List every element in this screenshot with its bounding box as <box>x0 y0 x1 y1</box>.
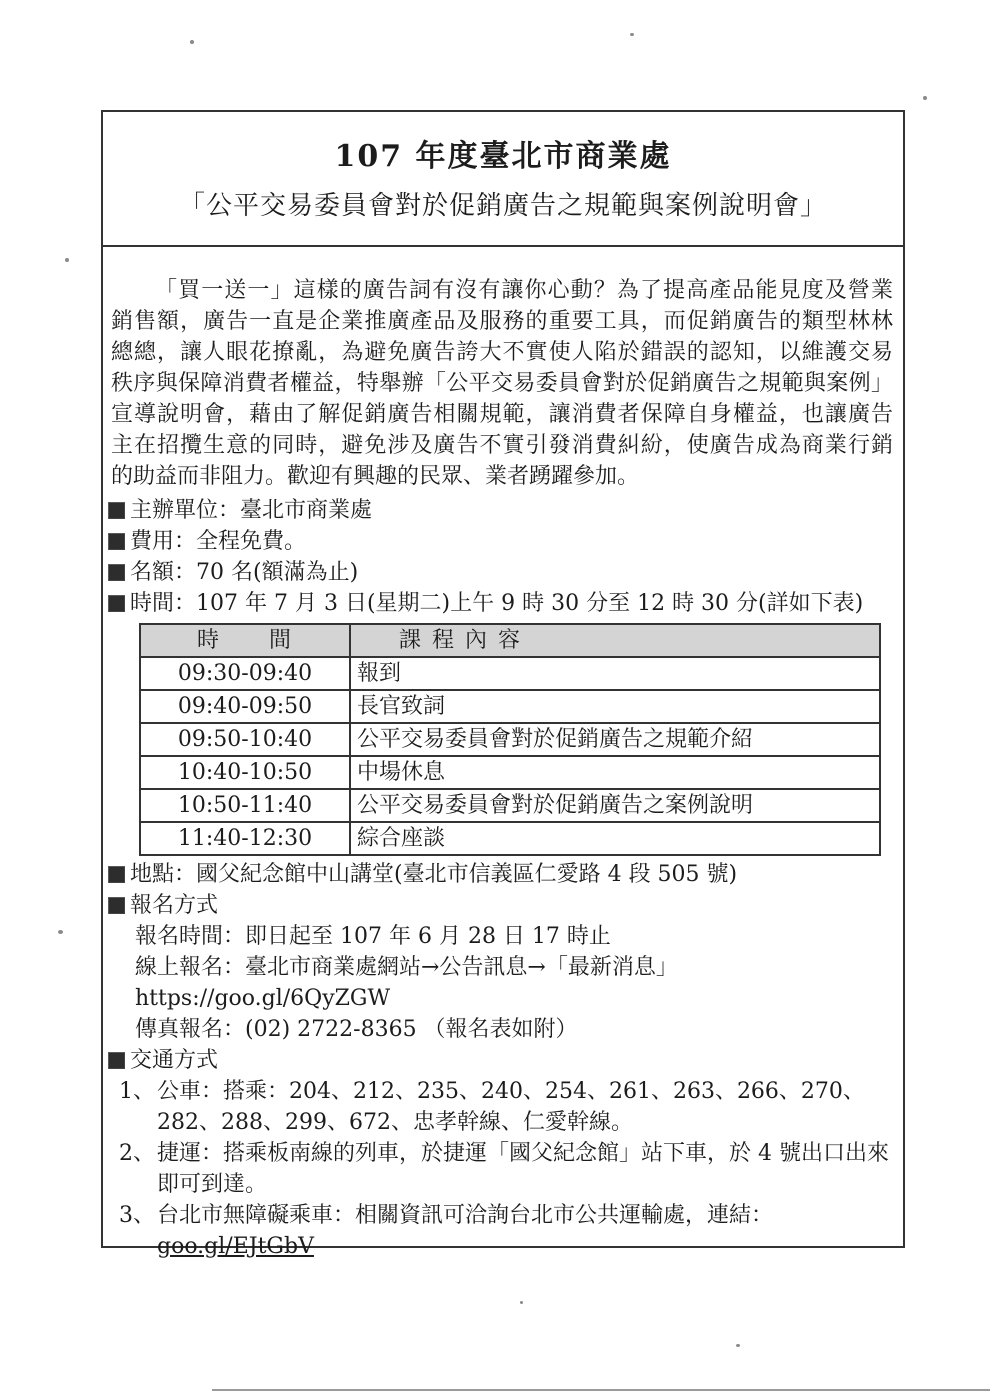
registration-fax: 傳真報名：(02) 2722-8365 （報名表如附） <box>135 1014 895 1045</box>
transportation-heading: 交通方式 <box>107 1045 895 1076</box>
registration-deadline: 報名時間：即日起至 107 年 6 月 28 日 17 時止 <box>135 921 895 952</box>
info-item-text: 費用：全程免費。 <box>130 526 895 557</box>
intro-line: 宣導說明會，藉由了解促銷廣告相關規範，讓消費者保障自身權益，也讓廣告 <box>111 399 893 430</box>
table-row: 10:40-10:50 中場休息 <box>140 756 880 789</box>
accessible-info-link[interactable]: goo.gl/EJtGbV <box>157 1234 314 1259</box>
table-row: 09:30-09:40 報到 <box>140 657 880 690</box>
registration-heading-text: 報名方式 <box>130 890 895 921</box>
registration-url: https://goo.gl/6QyZGW <box>135 983 895 1014</box>
bullet-square-icon <box>108 866 125 883</box>
schedule-content: 綜合座談 <box>350 822 880 855</box>
schedule-table: 時 間 課 程 內 容 09:30-09:40 報到 09:40-09:50 長… <box>139 623 881 856</box>
intro-line: 主在招攬生意的同時，避免涉及廣告不實引發消費糾紛，使廣告成為商業行銷 <box>111 430 893 461</box>
info-item-text: 名額：70 名(額滿為止) <box>130 557 895 588</box>
intro-line: 秩序與保障消費者權益，特舉辦「公平交易委員會對於促銷廣告之規範與案例」 <box>111 368 893 399</box>
transport-item-text: 台北市無障礙乘車：相關資訊可洽詢台北市公共運輸處，連結： goo.gl/EJtG… <box>157 1200 895 1262</box>
transport-item-text: 公車：搭乘：204、212、235、240、254、261、263、266、27… <box>157 1076 895 1138</box>
schedule-header-time: 時 間 <box>140 624 350 657</box>
schedule-header-row: 時 間 課 程 內 容 <box>140 624 880 657</box>
table-row: 09:50-10:40 公平交易委員會對於促銷廣告之規範介紹 <box>140 723 880 756</box>
scan-artifact-line <box>212 1389 990 1391</box>
scan-speck <box>736 1344 740 1347</box>
table-row: 10:50-11:40 公平交易委員會對於促銷廣告之案例說明 <box>140 789 880 822</box>
schedule-content: 報到 <box>350 657 880 690</box>
scan-speck <box>58 930 63 934</box>
transport-item-mrt: 2、 捷運：搭乘板南線的列車，於捷運「國父紀念館」站下車，於 4 號出口出來即可… <box>119 1138 895 1200</box>
location-item: 地點：國父紀念館中山講堂(臺北市信義區仁愛路 4 段 505 號) <box>107 859 895 890</box>
schedule-content: 公平交易委員會對於促銷廣告之案例說明 <box>350 789 880 822</box>
bullet-square-icon <box>108 502 125 519</box>
doc-title: 107 年度臺北市商業處 <box>103 138 903 176</box>
schedule-time: 11:40-12:30 <box>140 822 350 855</box>
info-item-time: 時間：107 年 7 月 3 日(星期二)上午 9 時 30 分至 12 時 3… <box>107 588 895 619</box>
scan-speck <box>190 40 194 44</box>
scan-speck <box>923 96 927 100</box>
transportation-heading-text: 交通方式 <box>130 1045 895 1076</box>
intro-paragraph: 「買一送一」這樣的廣告詞有沒有讓你心動？為了提高產品能見度及營業 銷售額，廣告一… <box>111 275 893 492</box>
table-row: 09:40-09:50 長官致詞 <box>140 690 880 723</box>
schedule-time: 09:40-09:50 <box>140 690 350 723</box>
scan-speck <box>65 258 69 262</box>
schedule-time: 10:40-10:50 <box>140 756 350 789</box>
document-border-box: 107 年度臺北市商業處 「公平交易委員會對於促銷廣告之規範與案例說明會」 「買… <box>101 110 905 1248</box>
document-body: 「買一送一」這樣的廣告詞有沒有讓你心動？為了提高產品能見度及營業 銷售額，廣告一… <box>103 247 903 1262</box>
bullet-square-icon <box>108 595 125 612</box>
schedule-content: 長官致詞 <box>350 690 880 723</box>
item-number: 1、 <box>119 1076 157 1138</box>
intro-line: 銷售額，廣告一直是企業推廣產品及服務的重要工具，而促銷廣告的類型林林 <box>111 306 893 337</box>
schedule-content: 中場休息 <box>350 756 880 789</box>
info-item-text: 主辦單位：臺北市商業處 <box>130 495 895 526</box>
info-item-fee: 費用：全程免費。 <box>107 526 895 557</box>
intro-line: 的助益而非阻力。歡迎有興趣的民眾、業者踴躍參加。 <box>111 461 893 492</box>
schedule-time: 09:30-09:40 <box>140 657 350 690</box>
info-item-organizer: 主辦單位：臺北市商業處 <box>107 495 895 526</box>
schedule-time: 09:50-10:40 <box>140 723 350 756</box>
scan-speck <box>630 33 634 36</box>
bullet-square-icon <box>108 533 125 550</box>
item-number: 3、 <box>119 1200 157 1262</box>
transport-item-text: 捷運：搭乘板南線的列車，於捷運「國父紀念館」站下車，於 4 號出口出來即可到達。 <box>157 1138 895 1200</box>
registration-online: 線上報名：臺北市商業處網站→公告訊息→「最新消息」 <box>135 952 895 983</box>
schedule-header-content: 課 程 內 容 <box>350 624 880 657</box>
doc-subtitle: 「公平交易委員會對於促銷廣告之規範與案例說明會」 <box>103 189 903 223</box>
location-text: 地點：國父紀念館中山講堂(臺北市信義區仁愛路 4 段 505 號) <box>130 859 895 890</box>
item-number: 2、 <box>119 1138 157 1200</box>
registration-heading: 報名方式 <box>107 890 895 921</box>
schedule-content: 公平交易委員會對於促銷廣告之規範介紹 <box>350 723 880 756</box>
info-item-text: 時間：107 年 7 月 3 日(星期二)上午 9 時 30 分至 12 時 3… <box>130 588 895 619</box>
bullet-square-icon <box>108 1052 125 1069</box>
scan-speck <box>520 1301 523 1304</box>
intro-line: 總總，讓人眼花撩亂，為避免廣告誇大不實使人陷於錯誤的認知，以維護交易 <box>111 337 893 368</box>
table-row: 11:40-12:30 綜合座談 <box>140 822 880 855</box>
bullet-square-icon <box>108 897 125 914</box>
transport-item-bus: 1、 公車：搭乘：204、212、235、240、254、261、263、266… <box>119 1076 895 1138</box>
transport-item-text-line: 台北市無障礙乘車：相關資訊可洽詢台北市公共運輸處，連結： <box>157 1203 773 1228</box>
bullet-square-icon <box>108 564 125 581</box>
schedule-time: 10:50-11:40 <box>140 789 350 822</box>
info-item-quota: 名額：70 名(額滿為止) <box>107 557 895 588</box>
transport-item-accessible: 3、 台北市無障礙乘車：相關資訊可洽詢台北市公共運輸處，連結： goo.gl/E… <box>119 1200 895 1262</box>
intro-line: 「買一送一」這樣的廣告詞有沒有讓你心動？為了提高產品能見度及營業 <box>111 275 893 306</box>
document-header: 107 年度臺北市商業處 「公平交易委員會對於促銷廣告之規範與案例說明會」 <box>103 112 903 247</box>
scanned-document-page: 107 年度臺北市商業處 「公平交易委員會對於促銷廣告之規範與案例說明會」 「買… <box>0 0 990 1400</box>
